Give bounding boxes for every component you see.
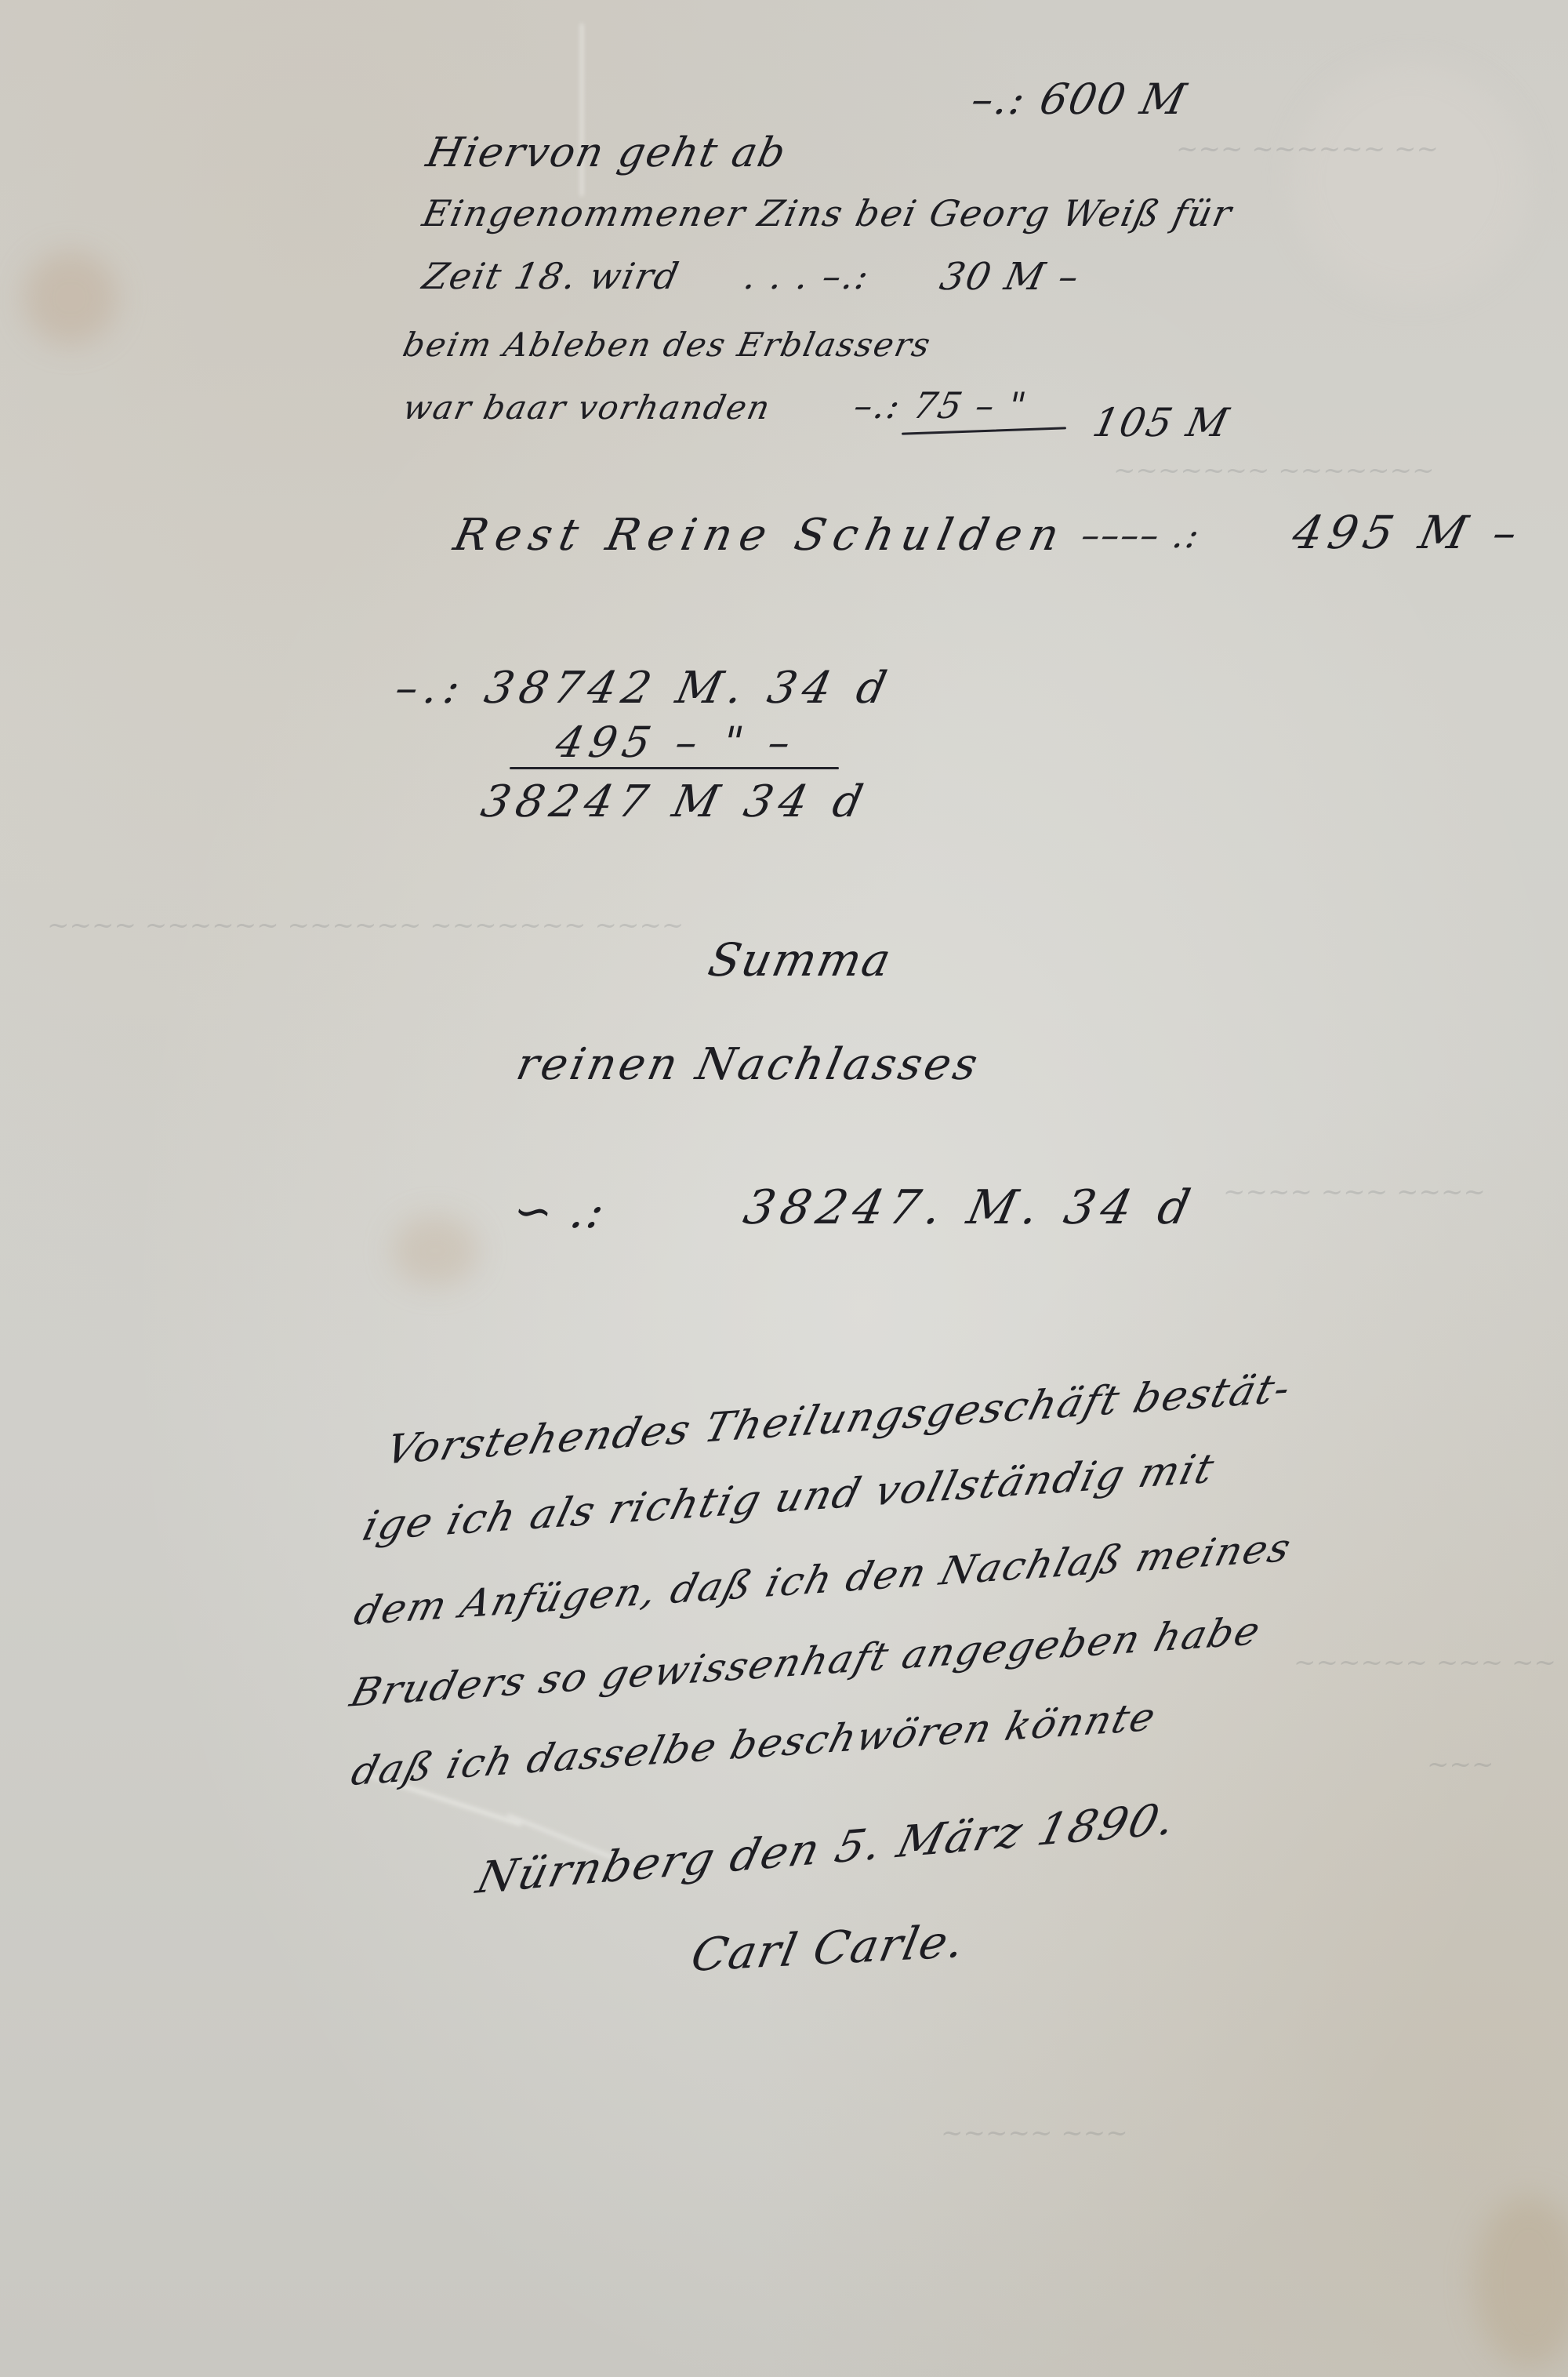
- item1-line2: Zeit 18. wird: [419, 255, 684, 297]
- paper-stain: [1474, 2196, 1568, 2368]
- place-date: Nürnberg den 5. März 1890.: [472, 1794, 1181, 1903]
- item1-line1: Eingenommener Zins bei Georg Weiß für: [419, 192, 1236, 234]
- deduction-heading: Hiervon geht ab: [423, 129, 791, 176]
- paper-stain: [24, 251, 118, 345]
- bleed-through-text: ~~~~~~ ~~~ ~~: [1294, 1647, 1556, 1678]
- bleed-through-text: ~~~~ ~~~~~~ ~~~~~~ ~~~~~~~ ~~~~: [47, 910, 684, 941]
- remaining-debts-dash: –––– .:: [1077, 514, 1204, 556]
- document-page: ~~~ ~~~~~~ ~~ ~~~~~~~ ~~~~~~~ ~~~~ ~~~~~…: [0, 0, 1568, 2377]
- calc-result: 38247 M 34 d: [477, 776, 873, 827]
- carry-amount: –.: 600 M: [967, 75, 1191, 124]
- declaration-line-5: daß ich dasselbe beschwören könnte: [347, 1694, 1161, 1794]
- net-estate-heading-2: reinen Nachlasses: [512, 1039, 985, 1090]
- bleed-through-text: ~~~~~ ~~~: [941, 2117, 1128, 2149]
- item2-line1: beim Ableben des Erblassers: [400, 325, 935, 364]
- net-estate-prefix: ∽ .:: [508, 1184, 612, 1239]
- remaining-debts-label: Rest Reine Schulden: [449, 510, 1071, 561]
- bleed-through-text: ~~~ ~~~~~~ ~~: [1176, 133, 1439, 165]
- calc-sum-rule: [510, 767, 839, 769]
- net-estate-heading-1: Summa: [704, 933, 897, 987]
- bleed-through-text: ~~~~ ~~~ ~~~~: [1223, 1176, 1486, 1208]
- subtotal-rule: [902, 427, 1066, 434]
- remaining-debts-amount: 495 M –: [1288, 506, 1528, 559]
- signature: Carl Carle.: [687, 1914, 970, 1982]
- paper-stain: [1294, 63, 1529, 298]
- bleed-through-text: ~~~: [1427, 1749, 1494, 1780]
- bleed-through-text: ~~~~~~~ ~~~~~~~: [1113, 455, 1435, 486]
- paper-stain: [392, 1216, 478, 1286]
- item1-amount: 30 M –: [936, 255, 1084, 299]
- item2-line2: war baar vorhanden: [400, 388, 775, 427]
- item2-amount: –.: 75 – ": [850, 384, 1031, 427]
- subtotal-amount: 105 M: [1089, 400, 1234, 445]
- calc-line2: 495 – " –: [551, 718, 801, 767]
- calc-line1: –.: 38742 M. 34 d: [390, 663, 897, 714]
- item1-dots: . . . –.:: [740, 255, 873, 297]
- net-estate-amount: 38247. M. 34 d: [739, 1180, 1201, 1235]
